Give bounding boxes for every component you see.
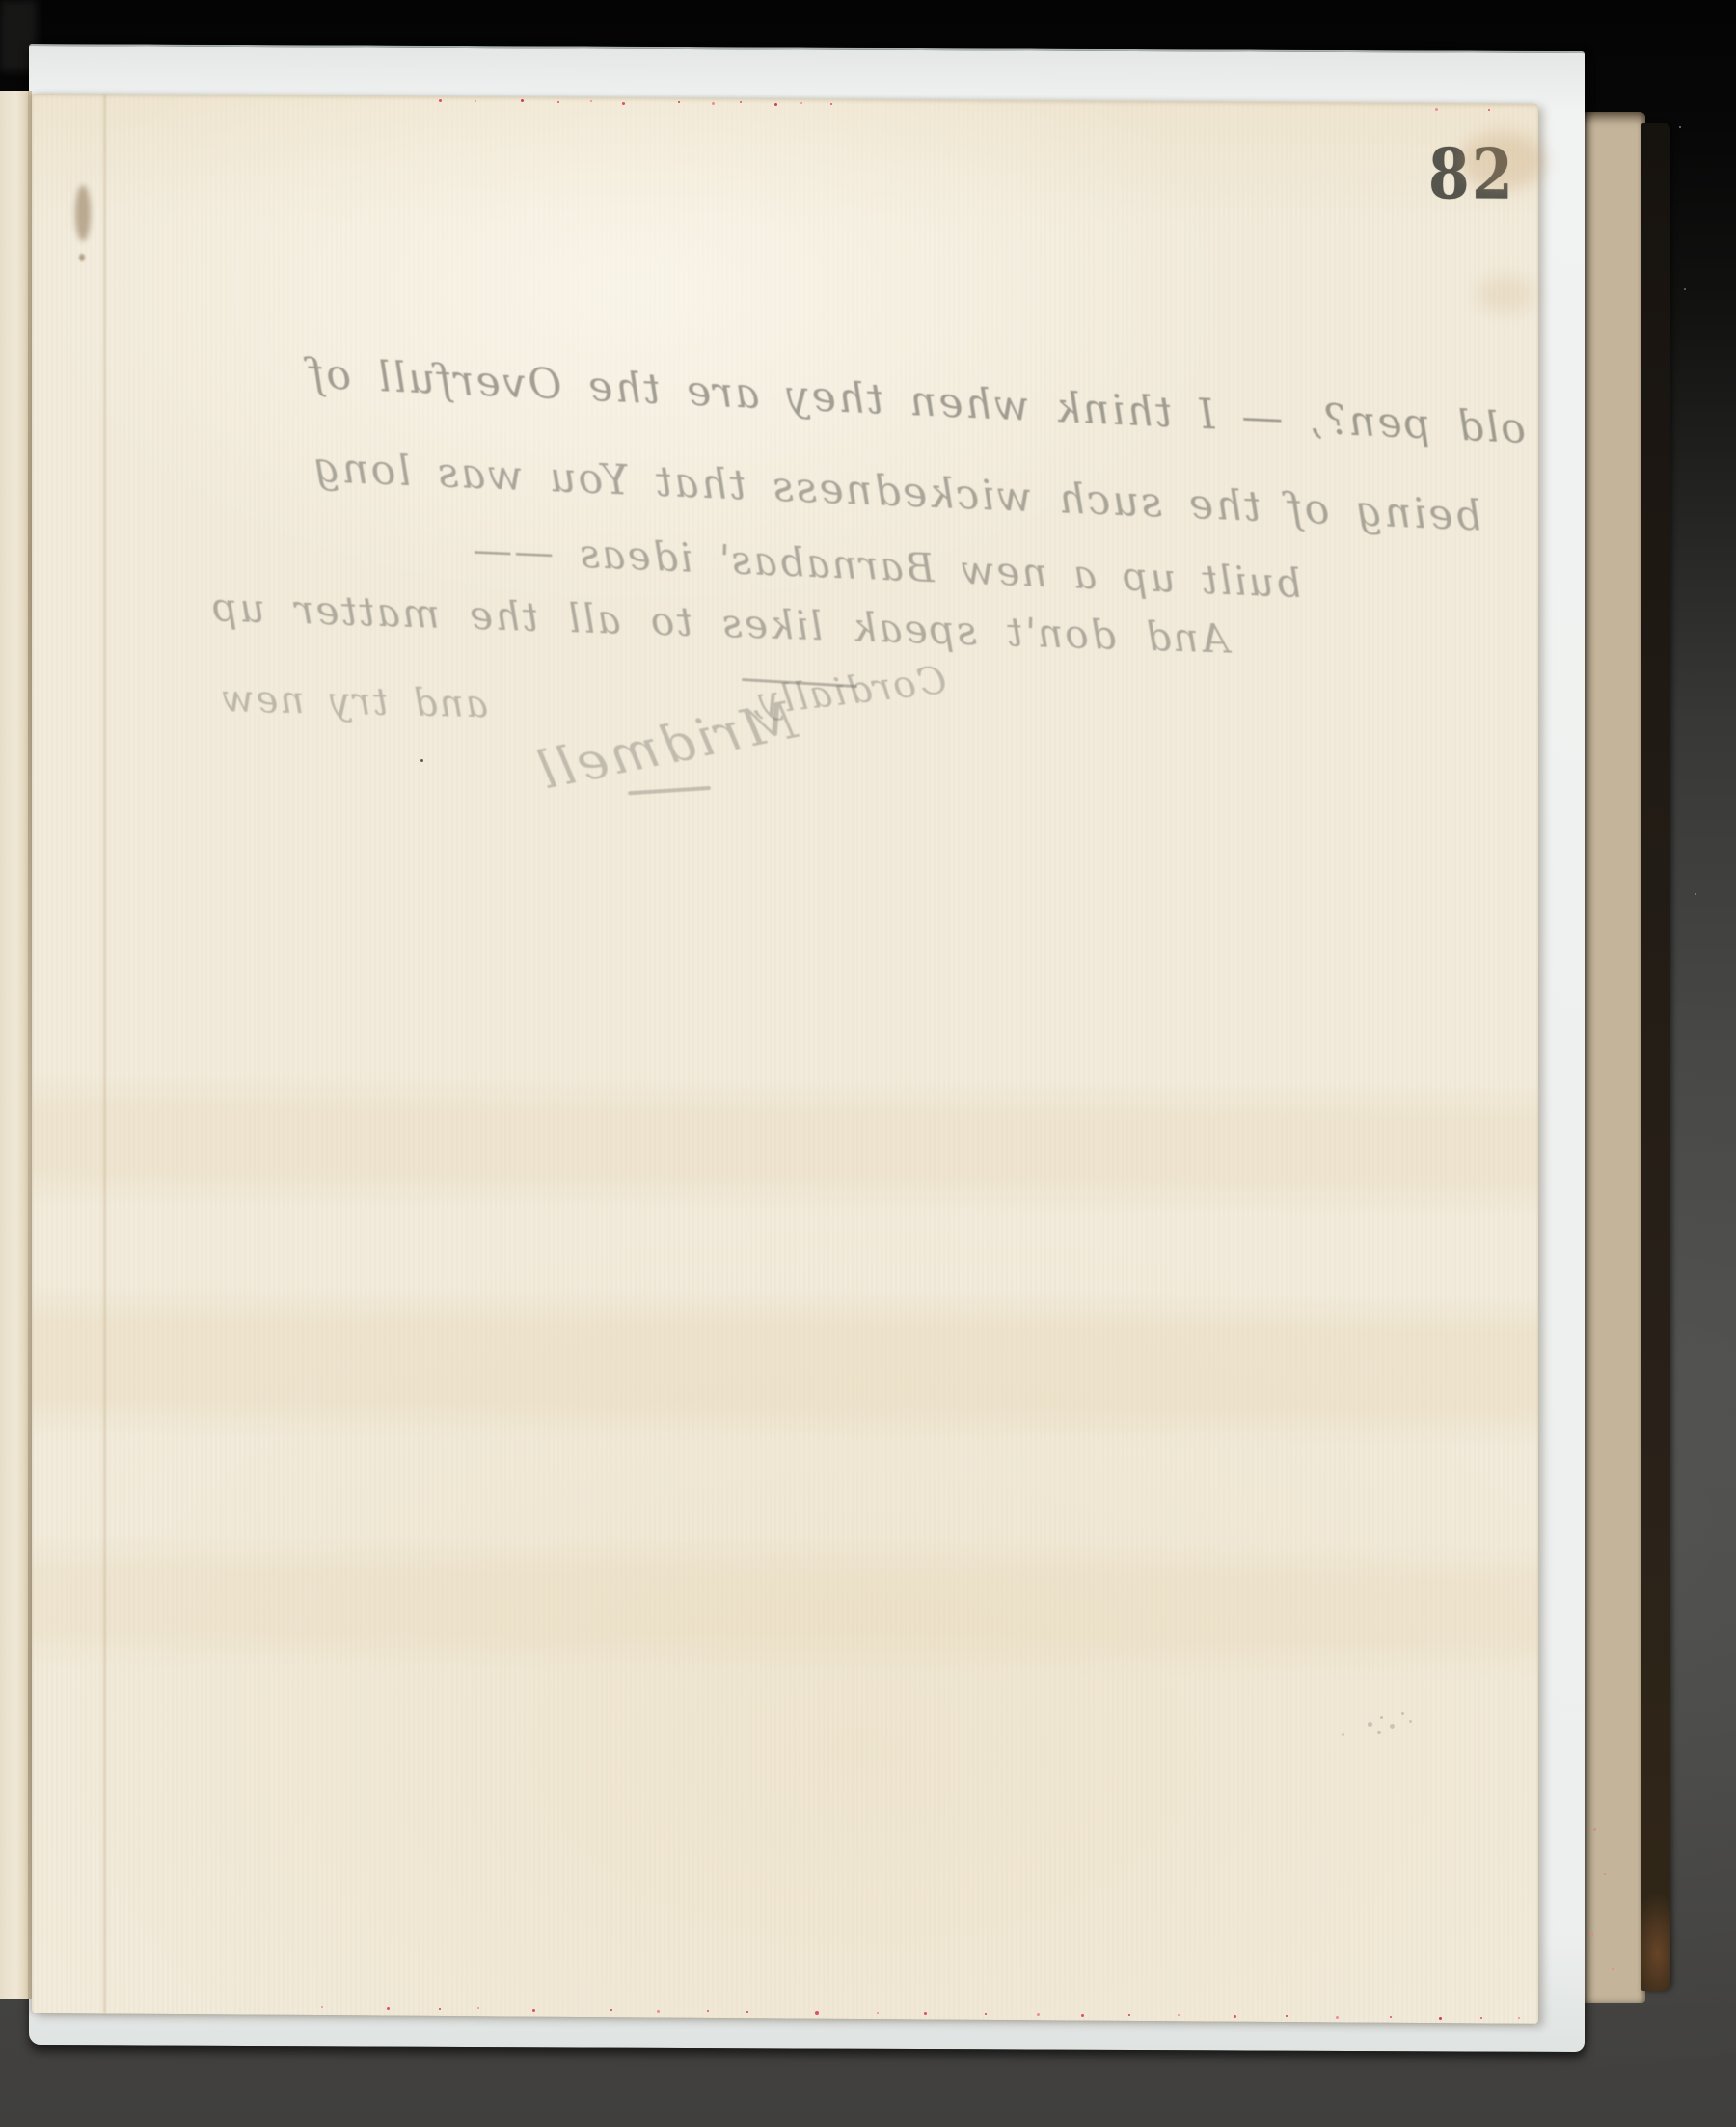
red-edge-speck [1439, 2017, 1442, 2020]
pencil-smudge-dot [1409, 1720, 1412, 1723]
red-edge-speck [521, 99, 524, 102]
dust-speck [1679, 126, 1681, 128]
pencil-smudge-dot [1380, 1716, 1383, 1719]
red-edge-speck [800, 102, 802, 104]
red-edge-speck [1128, 2014, 1130, 2016]
handwriting-line: old pen?, — I think when they are the Ov… [307, 350, 1528, 453]
red-edge-speck [1178, 2014, 1180, 2016]
red-edge-speck [477, 2007, 479, 2009]
red-edge-speck [678, 101, 680, 103]
red-edge-speck [1234, 2015, 1236, 2018]
red-edge-speck [746, 2011, 748, 2013]
red-edge-speck [475, 100, 476, 102]
dust-speck [1684, 288, 1686, 290]
red-edge-speck [610, 2009, 612, 2011]
stain [1459, 132, 1546, 190]
page-speck [420, 759, 423, 762]
red-edge-speck [387, 2007, 390, 2010]
red-edge-speck [815, 2011, 819, 2015]
stain [75, 185, 91, 241]
red-edge-speck [985, 2013, 987, 2015]
red-edge-speck [1336, 2016, 1339, 2019]
handwriting-showthrough: old pen?, — I think when they are the Ov… [32, 94, 1538, 2024]
handwriting-line: Mridmell [529, 690, 801, 803]
red-edge-speck [321, 2006, 323, 2008]
red-edge-speck [774, 103, 777, 106]
red-edge-speck [1037, 2013, 1040, 2016]
handwriting-underline [628, 786, 711, 795]
red-edge-speck [830, 103, 832, 105]
fore-edge-speck [1593, 1828, 1596, 1831]
handwriting-line: built up a new Barnabas' ideas —— [470, 526, 1302, 607]
fore-edge-speck [1612, 1968, 1614, 1970]
red-edge-speck [1488, 109, 1490, 111]
pencil-smudge-dot [1390, 1724, 1395, 1729]
pencil-smudge-dot [1368, 1722, 1372, 1727]
red-edge-speck [740, 101, 742, 103]
red-edge-speck [439, 2008, 441, 2010]
red-edge-speck [1480, 2017, 1482, 2019]
scan-photo: 82 old pen?, — I think when they are the… [0, 0, 1736, 2127]
facing-page-edge [0, 91, 29, 1999]
red-edge-speck [1286, 2015, 1288, 2017]
fore-edge-speck [1604, 1873, 1606, 1875]
dust-speck [1695, 893, 1696, 895]
red-edge-speck [707, 2010, 709, 2012]
red-edge-speck [1518, 2017, 1520, 2019]
red-edge-speck [1081, 2014, 1084, 2017]
red-edge-speck [532, 2009, 535, 2012]
pencil-smudge-dot [1377, 1731, 1381, 1734]
book-cover-edge [1641, 123, 1670, 1991]
album-page: 82 old pen?, — I think when they are the… [32, 94, 1538, 2024]
red-edge-speck [877, 2012, 879, 2014]
red-edge-speck [657, 2010, 660, 2013]
pencil-smudge-dot [1342, 1733, 1344, 1736]
handwriting-line: and try new [220, 677, 489, 726]
red-edge-speck [439, 99, 442, 102]
red-edge-speck [924, 2012, 927, 2015]
pencil-smudge-dot [1401, 1712, 1404, 1715]
red-edge-speck [1435, 108, 1438, 111]
fore-edge-speck [1590, 1933, 1593, 1936]
red-edge-speck [590, 100, 592, 102]
red-edge-speck [1390, 2016, 1392, 2018]
fore-edge-pages [1578, 112, 1645, 2003]
red-edge-speck [622, 102, 625, 105]
stain [79, 254, 85, 261]
red-edge-speck [712, 102, 715, 105]
red-edge-speck [557, 101, 559, 103]
stain [1477, 275, 1534, 314]
